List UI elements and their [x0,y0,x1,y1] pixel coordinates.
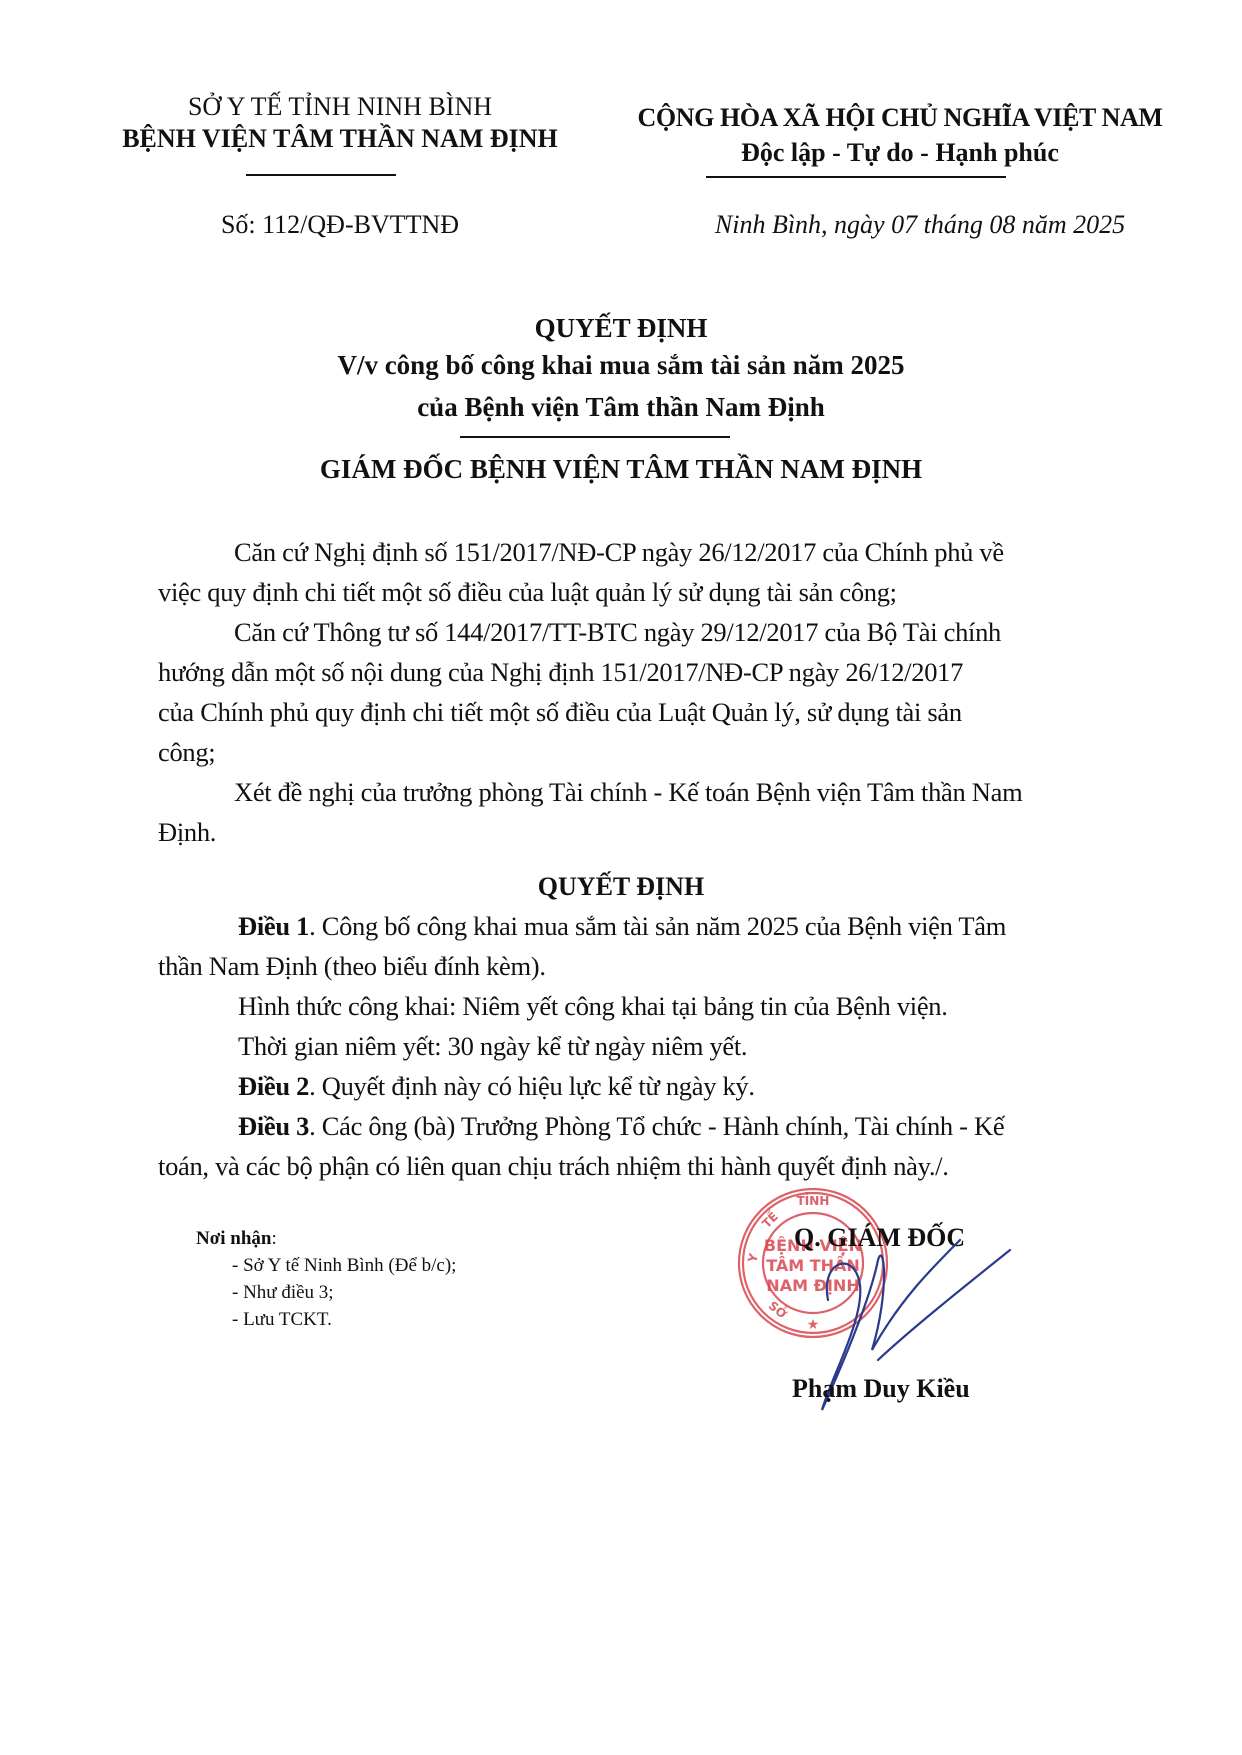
article-1-label: Điều 1 [238,911,309,941]
organization-name: BỆNH VIỆN TÂM THẦN NAM ĐỊNH [90,124,590,154]
article-2-text: . Quyết định này có hiệu lực kể từ ngày … [309,1071,755,1101]
preamble-line-7: Xét đề nghị của trưởng phòng Tài chính -… [234,772,1022,812]
national-motto: Độc lập - Tự do - Hạnh phúc [600,138,1200,168]
national-title: CỘNG HÒA XÃ HỘI CHỦ NGHĨA VIỆT NAM [600,103,1200,133]
decision-heading: QUYẾT ĐỊNH [0,872,1242,902]
article-3: Điều 3. Các ông (bà) Trưởng Phòng Tổ chứ… [238,1106,1004,1146]
recipients-label: Nơi nhận: [196,1225,456,1252]
signer-name: Phạm Duy Kiều [792,1374,970,1404]
article-1-duration: Thời gian niêm yết: 30 ngày kể từ ngày n… [238,1026,747,1066]
document-number: Số: 112/QĐ-BVTTNĐ [90,210,590,240]
preamble-line-6: công; [158,732,215,772]
department-name: SỞ Y TẾ TỈNH NINH BÌNH [90,92,590,122]
article-3-label: Điều 3 [238,1111,309,1141]
article-1-text: . Công bố công khai mua sắm tài sản năm … [309,911,1006,941]
preamble-line-5: của Chính phủ quy định chi tiết một số đ… [158,692,962,732]
decision-subject-line1: V/v công bố công khai mua sắm tài sản nă… [0,350,1242,381]
article-2: Điều 2. Quyết định này có hiệu lực kể từ… [238,1066,755,1106]
article-1: Điều 1. Công bố công khai mua sắm tài sả… [238,906,1006,946]
article-1-continued: thần Nam Định (theo biểu đính kèm). [158,946,546,986]
organization-underline [246,174,396,176]
svg-text:Y: Y [745,1252,761,1265]
article-1-form: Hình thức công khai: Niêm yết công khai … [238,986,948,1026]
preamble-line-3: Căn cứ Thông tư số 144/2017/TT-BTC ngày … [234,612,1001,652]
decision-subject-line2: của Bệnh viện Tâm thần Nam Định [0,392,1242,423]
preamble-line-4: hướng dẫn một số nội dung của Nghị định … [158,652,963,692]
issuing-authority: GIÁM ĐỐC BỆNH VIỆN TÂM THẦN NAM ĐỊNH [0,454,1242,485]
motto-underline [706,176,1006,178]
recipient-item: - Lưu TCKT. [196,1306,456,1333]
recipient-item: - Sở Y tế Ninh Bình (Để b/c); [196,1252,456,1279]
subject-underline [460,436,730,438]
preamble-line-8: Định. [158,812,216,852]
decision-title: QUYẾT ĐỊNH [0,313,1242,344]
preamble-line-2: việc quy định chi tiết một số điều của l… [158,572,897,612]
recipient-item: - Như điều 3; [196,1279,456,1306]
preamble-line-1: Căn cứ Nghị định số 151/2017/NĐ-CP ngày … [234,532,1004,572]
article-3-text: . Các ông (bà) Trưởng Phòng Tổ chức - Hà… [309,1111,1004,1141]
recipients-block: Nơi nhận: - Sở Y tế Ninh Bình (Để b/c); … [196,1225,456,1333]
article-2-label: Điều 2 [238,1071,309,1101]
place-date: Ninh Bình, ngày 07 tháng 08 năm 2025 [640,210,1200,240]
